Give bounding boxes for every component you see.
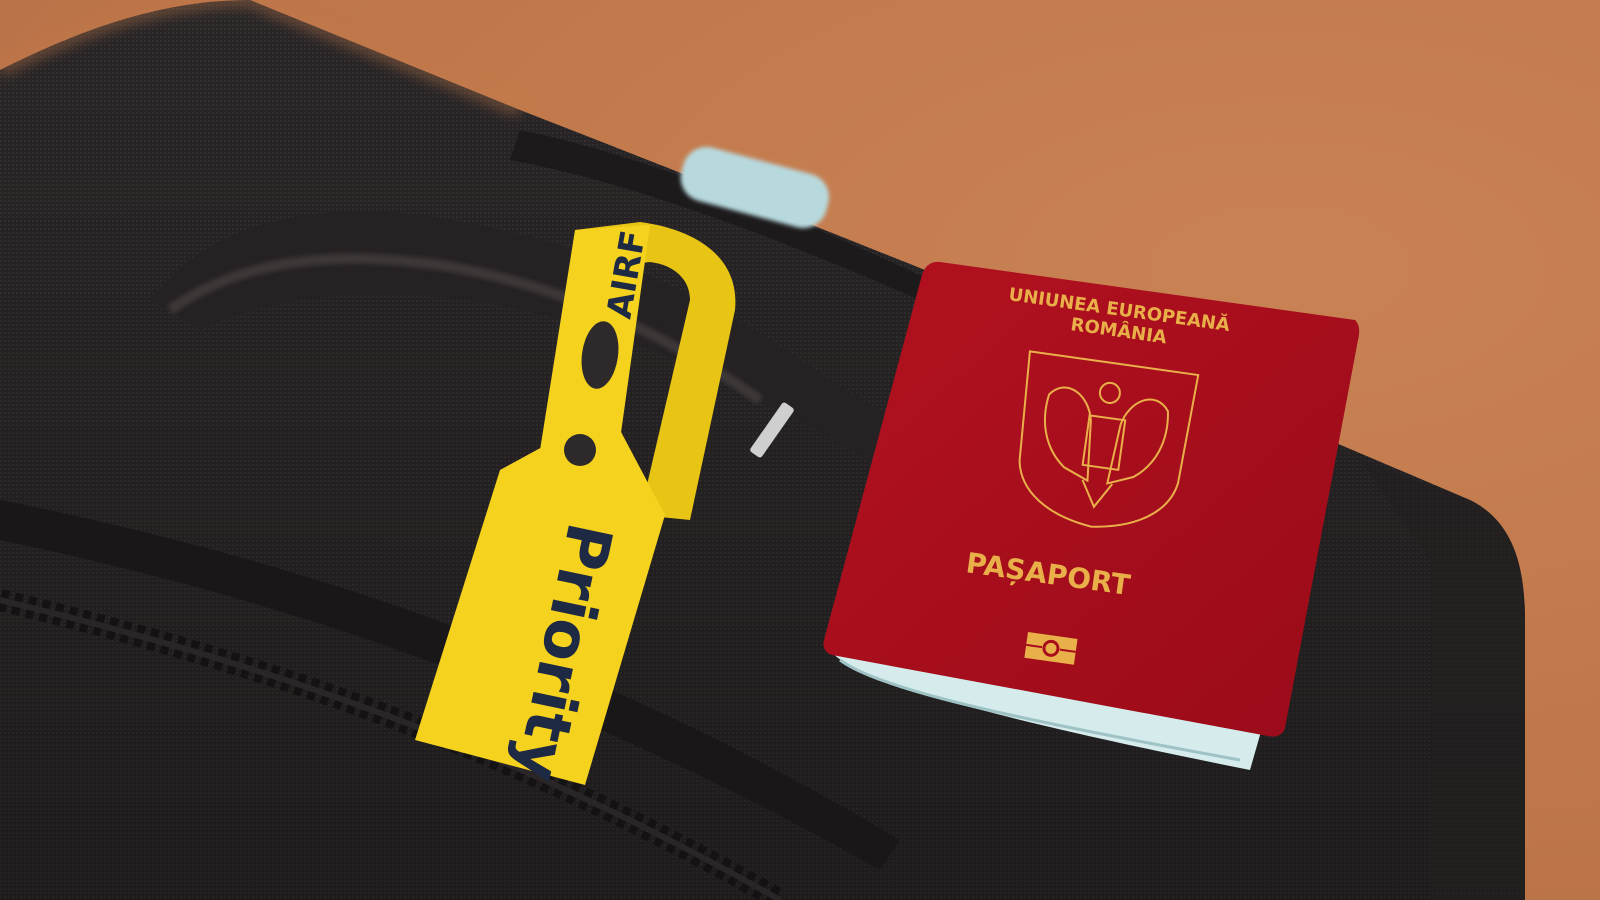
photo-scene: AIRF Priority UNIUNEA EUROPEANĂ ROMÂNIA … bbox=[0, 0, 1600, 900]
scene-illustration: AIRF Priority UNIUNEA EUROPEANĂ ROMÂNIA … bbox=[0, 0, 1600, 900]
